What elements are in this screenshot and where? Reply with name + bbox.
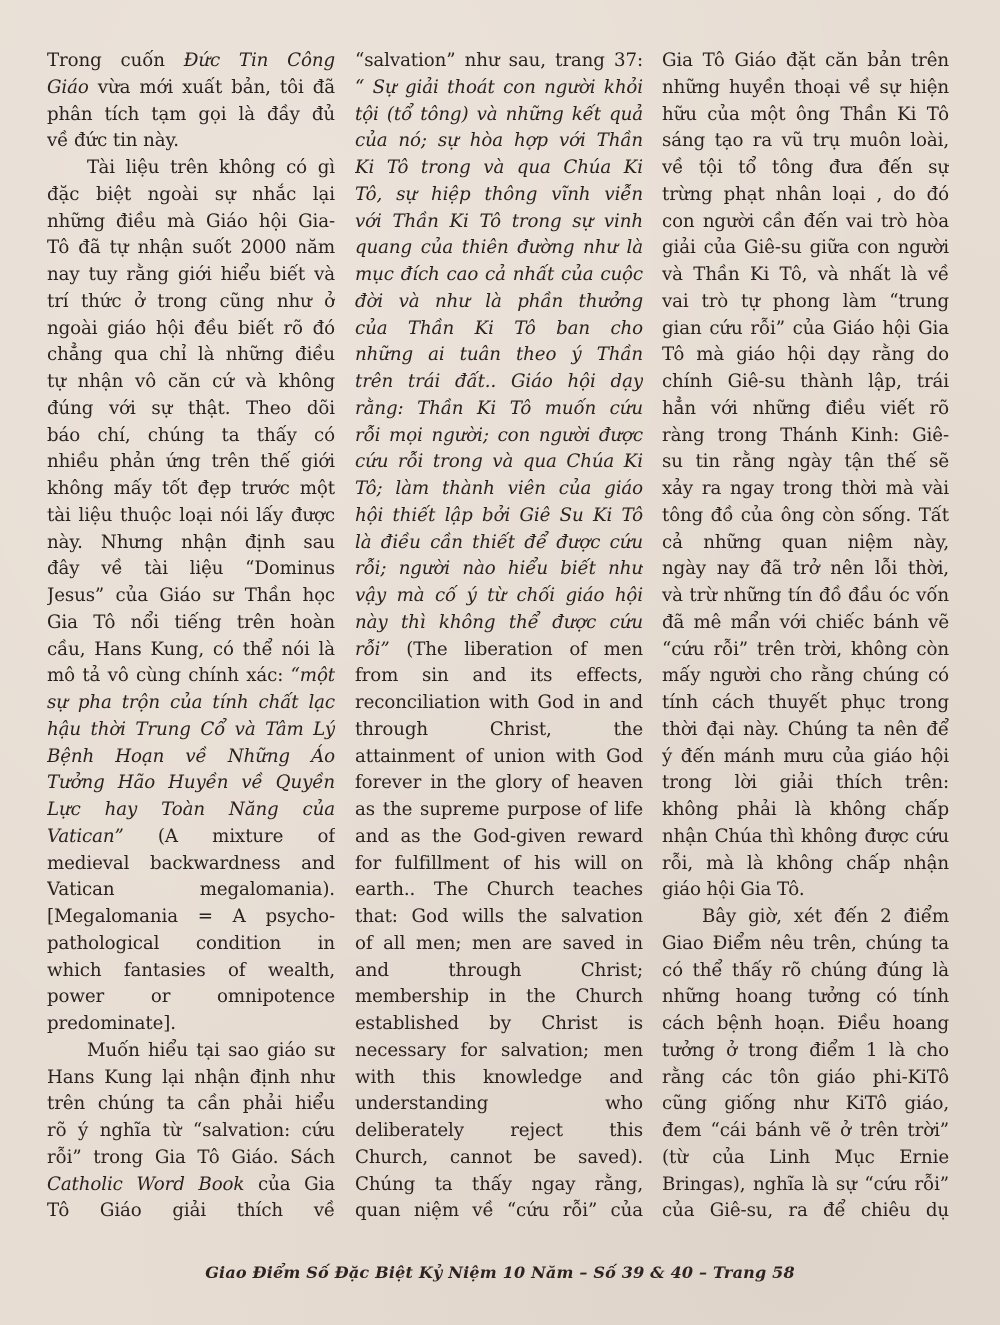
body-text: earth.. The Church teaches (355, 879, 643, 900)
italic-text: rỗi mọi người; con người được (355, 425, 643, 446)
body-text: membership in the Church (355, 986, 643, 1007)
text-line: Tô đã tự nhận suốt 2000 năm (47, 235, 335, 262)
body-text: ngoài giáo hội đều biết rõ đó (47, 318, 335, 339)
body-text: những huyền thoại về sự hiện (662, 77, 949, 98)
body-text: understanding who (355, 1093, 643, 1114)
text-line: những ai tuân theo ý Thần (355, 342, 643, 369)
body-text: (từ của Linh Mục Ernie (662, 1147, 949, 1168)
italic-text: trên trái đất.. Giáo hội dạy (355, 371, 643, 392)
body-text: cách bệnh hoạn. Điều hoang (662, 1013, 949, 1034)
text-line: with this knowledge and (355, 1065, 643, 1092)
text-line: tội (tổ tông) và những kết quả (355, 102, 643, 129)
text-line: Tô, sự hiệp thông vĩnh viễn (355, 182, 643, 209)
magazine-page: Trong cuốn Đức Tin CôngGiáo vừa mới xuất… (0, 0, 1000, 1325)
body-text: for fulfillment of his will on (355, 853, 643, 874)
text-line: Gia Tô nổi tiếng trên hoàn (47, 610, 335, 637)
text-line: đời và như là phần thưởng (355, 289, 643, 316)
text-line: Vatican megalomania). (47, 877, 335, 904)
text-line: phân tích tạm gọi là đầy đủ (47, 102, 335, 129)
body-text: vừa mới xuất bản, tôi đã (89, 77, 335, 98)
body-text: gian cứu rỗi” của Giáo hội Gia (662, 318, 949, 339)
text-line: của nó; sự hòa hợp với Thần (355, 128, 643, 155)
text-line: đã mê mẩn với chiếc bánh vẽ (662, 610, 949, 637)
text-line: nhận Chúa thì không được cứu (662, 824, 949, 851)
text-line: vai trò tự phong làm “trung (662, 289, 949, 316)
body-text: nhận Chúa thì không được cứu (662, 826, 949, 847)
body-text: through Christ, the (355, 719, 643, 740)
text-line: rỗi mọi người; con người được (355, 423, 643, 450)
text-line: trên chúng ta cần phải hiểu (47, 1091, 335, 1118)
italic-text: “một (291, 665, 335, 686)
body-text: thời đại này. Chúng ta nên để (662, 719, 949, 740)
text-line: giáo hội Gia Tô. (662, 877, 949, 904)
text-line: “cứu rỗi” trên trời, không còn (662, 637, 949, 664)
text-line: Tô mà giáo hội dạy rằng do (662, 342, 949, 369)
italic-text: mục đích cao cả nhất của cuộc (355, 264, 643, 285)
body-text: trí thức ở trong cũng như ở (47, 291, 335, 312)
body-text: hữu của một ông Thần Ki Tô (662, 104, 949, 125)
text-line: của Thần Ki Tô ban cho (355, 316, 643, 343)
body-text: from sin and its effects, (355, 665, 643, 686)
body-text: Gia Tô nổi tiếng trên hoàn (47, 612, 335, 633)
body-text: su tin rằng ngày tận thế sẽ (662, 451, 949, 472)
body-text: cũng giống như KiTô giáo, (662, 1093, 949, 1114)
body-text: những hoang tưởng có tính (662, 986, 949, 1007)
text-line: Tài liệu trên không có gì (47, 155, 335, 182)
text-line: predominate]. (47, 1011, 335, 1038)
text-line: về đức tin này. (47, 128, 335, 155)
text-line: understanding who (355, 1091, 643, 1118)
body-text: “salvation” như sau, trang 37: (355, 50, 643, 71)
italic-text: của nó; sự hòa hợp với Thần (355, 130, 643, 151)
text-line: Church, cannot be saved). (355, 1145, 643, 1172)
text-line: những hoang tưởng có tính (662, 984, 949, 1011)
text-line: hội thiết lập bởi Giê Su Ki Tô (355, 503, 643, 530)
text-line: những điều mà Giáo hội Gia- (47, 209, 335, 236)
italic-text: Tô; làm thành viên của giáo (355, 478, 643, 499)
page-footer: Giao Điểm Số Đặc Biệt Kỷ Niệm 10 Năm – S… (0, 1263, 1000, 1282)
body-text: Bây giờ, xét đến 2 điểm (702, 906, 949, 927)
body-text: vai trò tự phong làm “trung (662, 291, 949, 312)
text-line: trí thức ở trong cũng như ở (47, 289, 335, 316)
text-line: membership in the Church (355, 984, 643, 1011)
text-line: rỗi” (The liberation of men (355, 637, 643, 664)
text-line: cứu rỗi trong và qua Chúa Ki (355, 449, 643, 476)
text-line: Giáo vừa mới xuất bản, tôi đã (47, 75, 335, 102)
text-line: tính cách thuyết phục trong (662, 690, 949, 717)
text-line: power or omnipotence (47, 984, 335, 1011)
text-line: Bệnh Hoạn về Những Ảo (47, 744, 335, 771)
text-line: ràng trong Thánh Kinh: Giê- (662, 423, 949, 450)
text-line: sáng tạo ra vũ trụ muôn loài, (662, 128, 949, 155)
body-text: and through Christ; (355, 960, 643, 981)
text-line: Gia Tô Giáo đặt căn bản trên (662, 48, 949, 75)
italic-text: sự pha trộn của tính chất lạc (47, 692, 335, 713)
text-line: mấy người cho rằng chúng có (662, 663, 949, 690)
text-line: rằng: Thần Ki Tô muốn cứu (355, 396, 643, 423)
body-text: chính Giê-su thành lập, trái (662, 371, 949, 392)
text-line: rằng các tôn giáo phi-KiTô (662, 1065, 949, 1092)
text-line: và trừ những tín đồ đầu óc vốn (662, 583, 949, 610)
body-text: giáo hội Gia Tô. (662, 879, 805, 900)
text-line: Catholic Word Book của Gia (47, 1172, 335, 1199)
body-text: attainment of union with God (355, 746, 643, 767)
text-line: Vatican” (A mixture of (47, 824, 335, 851)
text-line: and as the God-given reward (355, 824, 643, 851)
text-line: Giao Điểm nêu trên, chúng ta (662, 931, 949, 958)
body-text: (The liberation of men (390, 639, 643, 660)
text-line: Ki Tô trong và qua Chúa Ki (355, 155, 643, 182)
body-text: những điều mà Giáo hội Gia- (47, 211, 335, 232)
text-line: cầu, Hans Kung, có thể nói là (47, 637, 335, 664)
body-text: Vatican megalomania). (47, 879, 335, 900)
text-line: Muốn hiểu tại sao giáo sư (47, 1038, 335, 1065)
text-line: về tội tổ tông đưa đến sự (662, 155, 949, 182)
body-text: hẳn với những điều viết rõ (662, 398, 949, 419)
text-line: nay tuy rằng giới hiểu biết và (47, 262, 335, 289)
text-line: as the supreme purpose of life (355, 797, 643, 824)
text-line: attainment of union with God (355, 744, 643, 771)
text-line: vậy mà cố ý từ chối giáo hội (355, 583, 643, 610)
text-line: Bringas), nghĩa là sự “cứu rỗi” (662, 1172, 949, 1199)
text-line: Chúng ta thấy ngay rằng, (355, 1172, 643, 1199)
body-text: về tội tổ tông đưa đến sự (662, 157, 949, 178)
text-line: deliberately reject this (355, 1118, 643, 1145)
body-text: của Gia (244, 1174, 335, 1195)
italic-text: Tưởng Hão Huyền về Quyền (47, 772, 335, 793)
text-line: có thể thấy rõ chúng đúng là (662, 958, 949, 985)
text-line: through Christ, the (355, 717, 643, 744)
body-text: mấy người cho rằng chúng có (662, 665, 949, 686)
text-line: hẳn với những điều viết rõ (662, 396, 949, 423)
body-text: ngày nay đã trở nên lỗi thời, (662, 558, 949, 579)
body-text: trong lời giải thích trên: (662, 772, 949, 793)
body-text: về đức tin này. (47, 130, 179, 151)
text-line: nhiều phản ứng trên thế giới (47, 449, 335, 476)
text-line: Lực hay Toàn Năng của (47, 797, 335, 824)
body-text: Gia Tô Giáo đặt căn bản trên (662, 50, 949, 71)
italic-text: Ki Tô trong và qua Chúa Ki (355, 157, 643, 178)
text-line: quang của thiên đường như là (355, 235, 643, 262)
text-line: Hans Kung lại nhận định như (47, 1065, 335, 1092)
text-line: không mấy tốt đẹp trước một (47, 476, 335, 503)
text-line: (từ của Linh Mục Ernie (662, 1145, 949, 1172)
text-line: đặc biệt ngoài sự nhắc lại (47, 182, 335, 209)
text-line: Jesus” của Giáo sư Thần học (47, 583, 335, 610)
body-text: chẳng qua chỉ là những điều (47, 344, 335, 365)
text-line: đây về tài liệu “Dominus (47, 556, 335, 583)
text-line: thời đại này. Chúng ta nên để (662, 717, 949, 744)
text-line: Bây giờ, xét đến 2 điểm (662, 904, 949, 931)
body-text: necessary for salvation; men (355, 1040, 643, 1061)
body-text: of all men; men are saved in (355, 933, 643, 954)
body-text: as the supreme purpose of life (355, 799, 643, 820)
body-text: with this knowledge and (355, 1067, 643, 1088)
italic-text: là điều cần thiết để được cứu (355, 532, 643, 553)
body-text: không mấy tốt đẹp trước một (47, 478, 335, 499)
body-text: medieval backwardness and (47, 853, 335, 874)
text-line: su tin rằng ngày tận thế sẽ (662, 449, 949, 476)
body-text: rõ ý nghĩa từ “salvation: cứu (47, 1120, 335, 1141)
text-line: chính Giê-su thành lập, trái (662, 369, 949, 396)
text-line: này. Nhưng nhận định sau (47, 530, 335, 557)
body-text: rỗi” trong Gia Tô Giáo. Sách (47, 1147, 335, 1168)
italic-text: Lực hay Toàn Năng của (47, 799, 335, 820)
text-line: of all men; men are saved in (355, 931, 643, 958)
text-line: ngày nay đã trở nên lỗi thời, (662, 556, 949, 583)
text-line: ngoài giáo hội đều biết rõ đó (47, 316, 335, 343)
body-text: that: God wills the salvation (355, 906, 643, 927)
body-text: and as the God-given reward (355, 826, 643, 847)
text-column-2: “salvation” như sau, trang 37:“ Sự giải … (355, 48, 643, 1225)
body-text: Chúng ta thấy ngay rằng, (355, 1174, 643, 1195)
text-line: với Thần Ki Tô trong sự vinh (355, 209, 643, 236)
body-text: Tô đã tự nhận suốt 2000 năm (47, 237, 335, 258)
text-line: là điều cần thiết để được cứu (355, 530, 643, 557)
body-text: đặc biệt ngoài sự nhắc lại (47, 184, 335, 205)
italic-text: Bệnh Hoạn về Những Ảo (47, 746, 335, 767)
italic-text: Catholic Word Book (47, 1174, 244, 1195)
body-text: Tô mà giáo hội dạy rằng do (662, 344, 949, 365)
text-line: “ Sự giải thoát con người khỏi (355, 75, 643, 102)
body-text: Hans Kung lại nhận định như (47, 1067, 335, 1088)
text-line: established by Christ is (355, 1011, 643, 1038)
body-text: đã mê mẩn với chiếc bánh vẽ (662, 612, 949, 633)
body-text: predominate]. (47, 1013, 176, 1034)
text-line: này thì không thể được cứu (355, 610, 643, 637)
text-line: con người cần đến vai trò hòa (662, 209, 949, 236)
text-line: báo chí, chúng ta thấy có (47, 423, 335, 450)
italic-text: đời và như là phần thưởng (355, 291, 643, 312)
body-text: “cứu rỗi” trên trời, không còn (662, 639, 949, 660)
text-line: trừng phạt nhân loại , do đó (662, 182, 949, 209)
body-text: có thể thấy rõ chúng đúng là (662, 960, 949, 981)
body-text: đây về tài liệu “Dominus (47, 558, 335, 579)
italic-text: cứu rỗi trong và qua Chúa Ki (355, 451, 643, 472)
italic-text: Giáo (47, 77, 89, 98)
body-text: nay tuy rằng giới hiểu biết và (47, 264, 335, 285)
text-line: that: God wills the salvation (355, 904, 643, 931)
body-text: forever in the glory of heaven (355, 772, 643, 793)
body-text: con người cần đến vai trò hòa (662, 211, 949, 232)
italic-text: Đức Tin Công (184, 50, 335, 71)
body-text: Bringas), nghĩa là sự “cứu rỗi” (662, 1174, 949, 1195)
text-line: quan niệm về “cứu rỗi” của (355, 1198, 643, 1225)
italic-text: Tô, sự hiệp thông vĩnh viễn (355, 184, 643, 205)
body-text: [Megalomania = A psycho- (47, 906, 335, 927)
italic-text: quang của thiên đường như là (355, 237, 643, 258)
italic-text: với Thần Ki Tô trong sự vinh (355, 211, 643, 232)
italic-text: tội (tổ tông) và những kết quả (355, 104, 643, 125)
text-line: [Megalomania = A psycho- (47, 904, 335, 931)
text-line: pathological condition in (47, 931, 335, 958)
body-text: báo chí, chúng ta thấy có (47, 425, 335, 446)
text-line: tông đồ của ông còn sống. Tất (662, 503, 949, 530)
text-line: đem “cái bánh vẽ ở trên trời” (662, 1118, 949, 1145)
body-text: rằng các tôn giáo phi-KiTô (662, 1067, 949, 1088)
body-text: và Thần Ki Tô, và nhất là về (662, 264, 949, 285)
body-text: Church, cannot be saved). (355, 1147, 643, 1168)
body-text: đem “cái bánh vẽ ở trên trời” (662, 1120, 949, 1141)
body-text: pathological condition in (47, 933, 335, 954)
body-text: ràng trong Thánh Kinh: Giê- (662, 425, 949, 446)
text-line: reconciliation with God in and (355, 690, 643, 717)
body-text: Giao Điểm nêu trên, chúng ta (662, 933, 949, 954)
text-line: and through Christ; (355, 958, 643, 985)
text-line: không phải là không chấp (662, 797, 949, 824)
text-line: rõ ý nghĩa từ “salvation: cứu (47, 1118, 335, 1145)
text-line: necessary for salvation; men (355, 1038, 643, 1065)
body-text: của Giê-su, ra để chiêu dụ (662, 1200, 949, 1221)
text-line: tưởng ở trong điểm 1 là cho (662, 1038, 949, 1065)
body-text: này. Nhưng nhận định sau (47, 532, 335, 553)
italic-text: vậy mà cố ý từ chối giáo hội (355, 585, 643, 606)
text-line: tài liệu thuộc loại nói lấy được (47, 503, 335, 530)
body-text: Tài liệu trên không có gì (87, 157, 335, 178)
text-line: medieval backwardness and (47, 851, 335, 878)
body-text: tài liệu thuộc loại nói lấy được (47, 505, 335, 526)
text-line: cũng giống như KiTô giáo, (662, 1091, 949, 1118)
italic-text: rỗi” (355, 639, 390, 660)
text-line: Trong cuốn Đức Tin Công (47, 48, 335, 75)
text-line: tự nhận vô căn cứ và không (47, 369, 335, 396)
body-text: reconciliation with God in and (355, 692, 643, 713)
body-text: trừng phạt nhân loại , do đó (662, 184, 949, 205)
body-text: tính cách thuyết phục trong (662, 692, 949, 713)
text-line: Tô; làm thành viên của giáo (355, 476, 643, 503)
text-line: những huyền thoại về sự hiện (662, 75, 949, 102)
body-text: Tô Giáo giải thích về (47, 1200, 335, 1221)
italic-text: rằng: Thần Ki Tô muốn cứu (355, 398, 643, 419)
body-text: cầu, Hans Kung, có thể nói là (47, 639, 335, 660)
text-column-3: Gia Tô Giáo đặt căn bản trênnhững huyền … (662, 48, 949, 1225)
body-text: rỗi, mà là không chấp nhận (662, 853, 949, 874)
text-line: Tô Giáo giải thích về (47, 1198, 335, 1225)
body-text: cả những quan niệm này, (662, 532, 949, 553)
body-text: phân tích tạm gọi là đầy đủ (47, 104, 335, 125)
body-text: xảy ra ngay trong thời mà vài (662, 478, 949, 499)
text-line: rỗi” trong Gia Tô Giáo. Sách (47, 1145, 335, 1172)
body-text: tự nhận vô căn cứ và không (47, 371, 335, 392)
italic-text: những ai tuân theo ý Thần (355, 344, 643, 365)
body-text: established by Christ is (355, 1013, 643, 1034)
body-text: tông đồ của ông còn sống. Tất (662, 505, 949, 526)
text-line: sự pha trộn của tính chất lạc (47, 690, 335, 717)
text-line: earth.. The Church teaches (355, 877, 643, 904)
body-text: power or omnipotence (47, 986, 335, 1007)
text-line: của Giê-su, ra để chiêu dụ (662, 1198, 949, 1225)
body-text: Jesus” của Giáo sư Thần học (47, 585, 335, 606)
text-line: which fantasies of wealth, (47, 958, 335, 985)
text-line: mục đích cao cả nhất của cuộc (355, 262, 643, 289)
text-line: và Thần Ki Tô, và nhất là về (662, 262, 949, 289)
text-line: đúng với sự thật. Theo dõi (47, 396, 335, 423)
text-line: forever in the glory of heaven (355, 770, 643, 797)
text-line: cả những quan niệm này, (662, 530, 949, 557)
text-line: Tưởng Hão Huyền về Quyền (47, 770, 335, 797)
italic-text: này thì không thể được cứu (355, 612, 643, 633)
body-text: tưởng ở trong điểm 1 là cho (662, 1040, 949, 1061)
body-text: mô tả vô cùng chính xác: (47, 665, 291, 686)
body-text: trên chúng ta cần phải hiểu (47, 1093, 335, 1114)
text-line: rỗi; người nào hiểu biết như (355, 556, 643, 583)
text-column-1: Trong cuốn Đức Tin CôngGiáo vừa mới xuất… (47, 48, 335, 1225)
body-text: Trong cuốn (47, 50, 184, 71)
body-text: không phải là không chấp (662, 799, 949, 820)
body-text: deliberately reject this (355, 1120, 643, 1141)
text-line: chẳng qua chỉ là những điều (47, 342, 335, 369)
text-line: ý đến mánh mưu của giáo hội (662, 744, 949, 771)
text-line: cách bệnh hoạn. Điều hoang (662, 1011, 949, 1038)
body-text: sáng tạo ra vũ trụ muôn loài, (662, 130, 949, 151)
body-text: giải của Giê-su giữa con người (662, 237, 949, 258)
italic-text: “ Sự giải thoát con người khỏi (355, 77, 643, 98)
text-line: trên trái đất.. Giáo hội dạy (355, 369, 643, 396)
text-line: xảy ra ngay trong thời mà vài (662, 476, 949, 503)
body-text: quan niệm về “cứu rỗi” của (355, 1200, 643, 1221)
italic-text: của Thần Ki Tô ban cho (355, 318, 643, 339)
body-text: (A mixture of (124, 826, 335, 847)
italic-text: rỗi; người nào hiểu biết như (355, 558, 643, 579)
body-text: Muốn hiểu tại sao giáo sư (87, 1040, 335, 1061)
text-line: for fulfillment of his will on (355, 851, 643, 878)
text-line: gian cứu rỗi” của Giáo hội Gia (662, 316, 949, 343)
body-text: đúng với sự thật. Theo dõi (47, 398, 335, 419)
text-line: trong lời giải thích trên: (662, 770, 949, 797)
body-text: nhiều phản ứng trên thế giới (47, 451, 335, 472)
text-line: giải của Giê-su giữa con người (662, 235, 949, 262)
text-line: “salvation” như sau, trang 37: (355, 48, 643, 75)
text-line: mô tả vô cùng chính xác: “một (47, 663, 335, 690)
italic-text: hậu thời Trung Cổ và Tâm Lý (47, 719, 335, 740)
italic-text: Vatican” (47, 826, 124, 847)
body-text: ý đến mánh mưu của giáo hội (662, 746, 949, 767)
text-line: hữu của một ông Thần Ki Tô (662, 102, 949, 129)
body-text: which fantasies of wealth, (47, 960, 335, 981)
text-line: from sin and its effects, (355, 663, 643, 690)
body-text: và trừ những tín đồ đầu óc vốn (662, 585, 949, 606)
italic-text: hội thiết lập bởi Giê Su Ki Tô (355, 505, 643, 526)
text-line: rỗi, mà là không chấp nhận (662, 851, 949, 878)
text-line: hậu thời Trung Cổ và Tâm Lý (47, 717, 335, 744)
